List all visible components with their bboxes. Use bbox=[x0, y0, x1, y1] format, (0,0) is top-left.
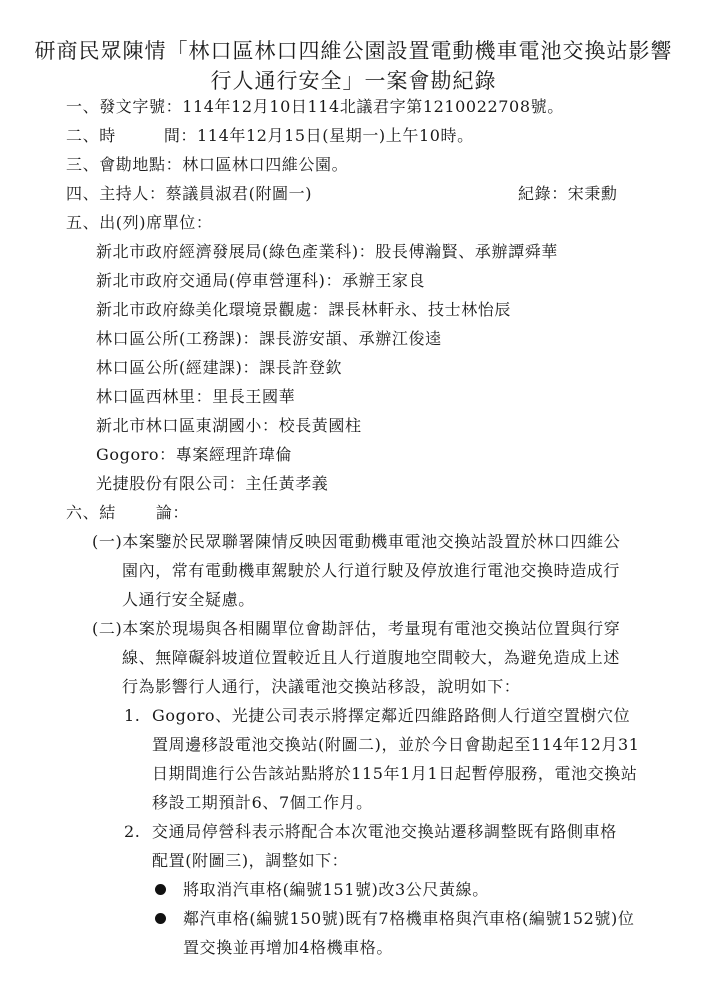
sub-item-text: 配置(附圖三)，調整如下： bbox=[152, 851, 348, 871]
item-doc-number: 一、發文字號：114年12月10日114北議君字第1210022708號。 bbox=[66, 97, 564, 117]
item-label: 發文字號： bbox=[99, 97, 182, 116]
item-number: 三、 bbox=[66, 155, 99, 174]
attendee: Gogoro：專案經理許瑋倫 bbox=[96, 445, 292, 465]
sub-item-text: 日期間進行公告該站點將於115年1月1日起暫停服務，電池交換站 bbox=[152, 764, 638, 784]
item-value: 114年12月10日114北議君字第1210022708號。 bbox=[182, 97, 564, 116]
sub-item-text: 交通局停營科表示將配合本次電池交換站遷移調整既有路側車格 bbox=[152, 822, 617, 842]
item-value: 林口區林口四維公園。 bbox=[182, 155, 348, 174]
conclusion-1: (一)本案鑒於民眾聯署陳情反映因電動機車電池交換站設置於林口四維公 bbox=[92, 532, 620, 552]
bullet-text: 將取消汽車格(編號151號)改3公尺黃線。 bbox=[183, 880, 489, 900]
item-value: 114年12月15日(星期一)上午10時。 bbox=[197, 126, 474, 145]
bullet-icon bbox=[155, 913, 166, 924]
attendee: 新北市政府綠美化環境景觀處：課長林軒永、技士林怡辰 bbox=[96, 300, 511, 320]
attendee: 林口區公所(經建課)：課長許登欽 bbox=[96, 358, 342, 378]
attendee: 林口區西林里：里長王國華 bbox=[96, 387, 295, 407]
sub-item-text: 移設工期預計6、7個工作月。 bbox=[152, 793, 373, 813]
conclusion-text: 人通行安全疑慮。 bbox=[122, 590, 255, 610]
attendee: 新北市政府經濟發展局(綠色產業科)：股長傅瀚賢、承辦譚舜華 bbox=[96, 242, 558, 262]
conclusion-text: 線、無障礙斜坡道位置較近且人行道腹地空間較大，為避免造成上述 bbox=[122, 648, 620, 668]
item-number: 一、 bbox=[66, 97, 99, 116]
sub-item-marker: 2. bbox=[124, 822, 140, 842]
item-label: 間： bbox=[164, 126, 197, 145]
document-title-line2: 行人通行安全」一案會勘紀錄 bbox=[0, 66, 707, 96]
item-conclusion-heading: 六、結論： bbox=[66, 503, 189, 523]
conclusion-marker: (二) bbox=[92, 619, 122, 638]
item-label: 論： bbox=[156, 503, 189, 522]
conclusion-text: 本案鑒於民眾聯署陳情反映因電動機車電池交換站設置於林口四維公 bbox=[122, 532, 620, 551]
item-label: 時 bbox=[99, 126, 116, 145]
item-label: 會勘地點： bbox=[99, 155, 182, 174]
item-label: 主持人： bbox=[99, 184, 165, 203]
attendee: 新北市林口區東湖國小：校長黃國柱 bbox=[96, 416, 362, 436]
item-label: 出(列)席單位： bbox=[99, 213, 212, 232]
item-time: 二、時間：114年12月15日(星期一)上午10時。 bbox=[66, 126, 474, 146]
conclusion-text: 本案於現場與各相關單位會勘評估，考量現有電池交換站位置與行穿 bbox=[122, 619, 620, 638]
bullet-text: 置交換並再增加4格機車格。 bbox=[183, 938, 393, 958]
sub-item-marker: 1. bbox=[124, 706, 140, 726]
sub-item-text: Gogoro、光捷公司表示將擇定鄰近四維路路側人行道空置樹穴位 bbox=[152, 706, 630, 726]
item-number: 五、 bbox=[66, 213, 99, 232]
bullet-icon bbox=[155, 884, 166, 895]
item-number: 二、 bbox=[66, 126, 99, 145]
item-attendees-heading: 五、出(列)席單位： bbox=[66, 213, 213, 233]
item-value: 蔡議員淑君(附圖一) bbox=[166, 184, 313, 203]
conclusion-text: 行為影響行人通行，決議電池交換站移設，說明如下： bbox=[122, 677, 520, 697]
item-number: 四、 bbox=[66, 184, 99, 203]
attendee: 林口區公所(工務課)：課長游安頡、承辦江俊逵 bbox=[96, 329, 442, 349]
conclusion-text: 園內，常有電動機車駕駛於人行道行駛及停放進行電池交換時造成行 bbox=[122, 561, 620, 581]
item-label: 結 bbox=[99, 503, 116, 522]
item-location: 三、會勘地點：林口區林口四維公園。 bbox=[66, 155, 348, 175]
conclusion-marker: (一) bbox=[92, 532, 122, 551]
recorder: 紀錄：宋秉勳 bbox=[518, 184, 618, 204]
attendee: 光捷股份有限公司：主任黃孝義 bbox=[96, 474, 328, 494]
item-host: 四、主持人：蔡議員淑君(附圖一) bbox=[66, 184, 312, 204]
item-number: 六、 bbox=[66, 503, 99, 522]
attendee: 新北市政府交通局(停車營運科)：承辦王家良 bbox=[96, 271, 425, 291]
document-title-line1: 研商民眾陳情「林口區林口四維公園設置電動機車電池交換站影響 bbox=[0, 36, 707, 66]
bullet-text: 鄰汽車格(編號150號)既有7格機車格與汽車格(編號152號)位 bbox=[183, 909, 634, 929]
conclusion-2: (二)本案於現場與各相關單位會勘評估，考量現有電池交換站位置與行穿 bbox=[92, 619, 620, 639]
sub-item-text: 置周邊移設電池交換站(附圖二)，並於今日會勘起至114年12月31 bbox=[152, 735, 640, 755]
